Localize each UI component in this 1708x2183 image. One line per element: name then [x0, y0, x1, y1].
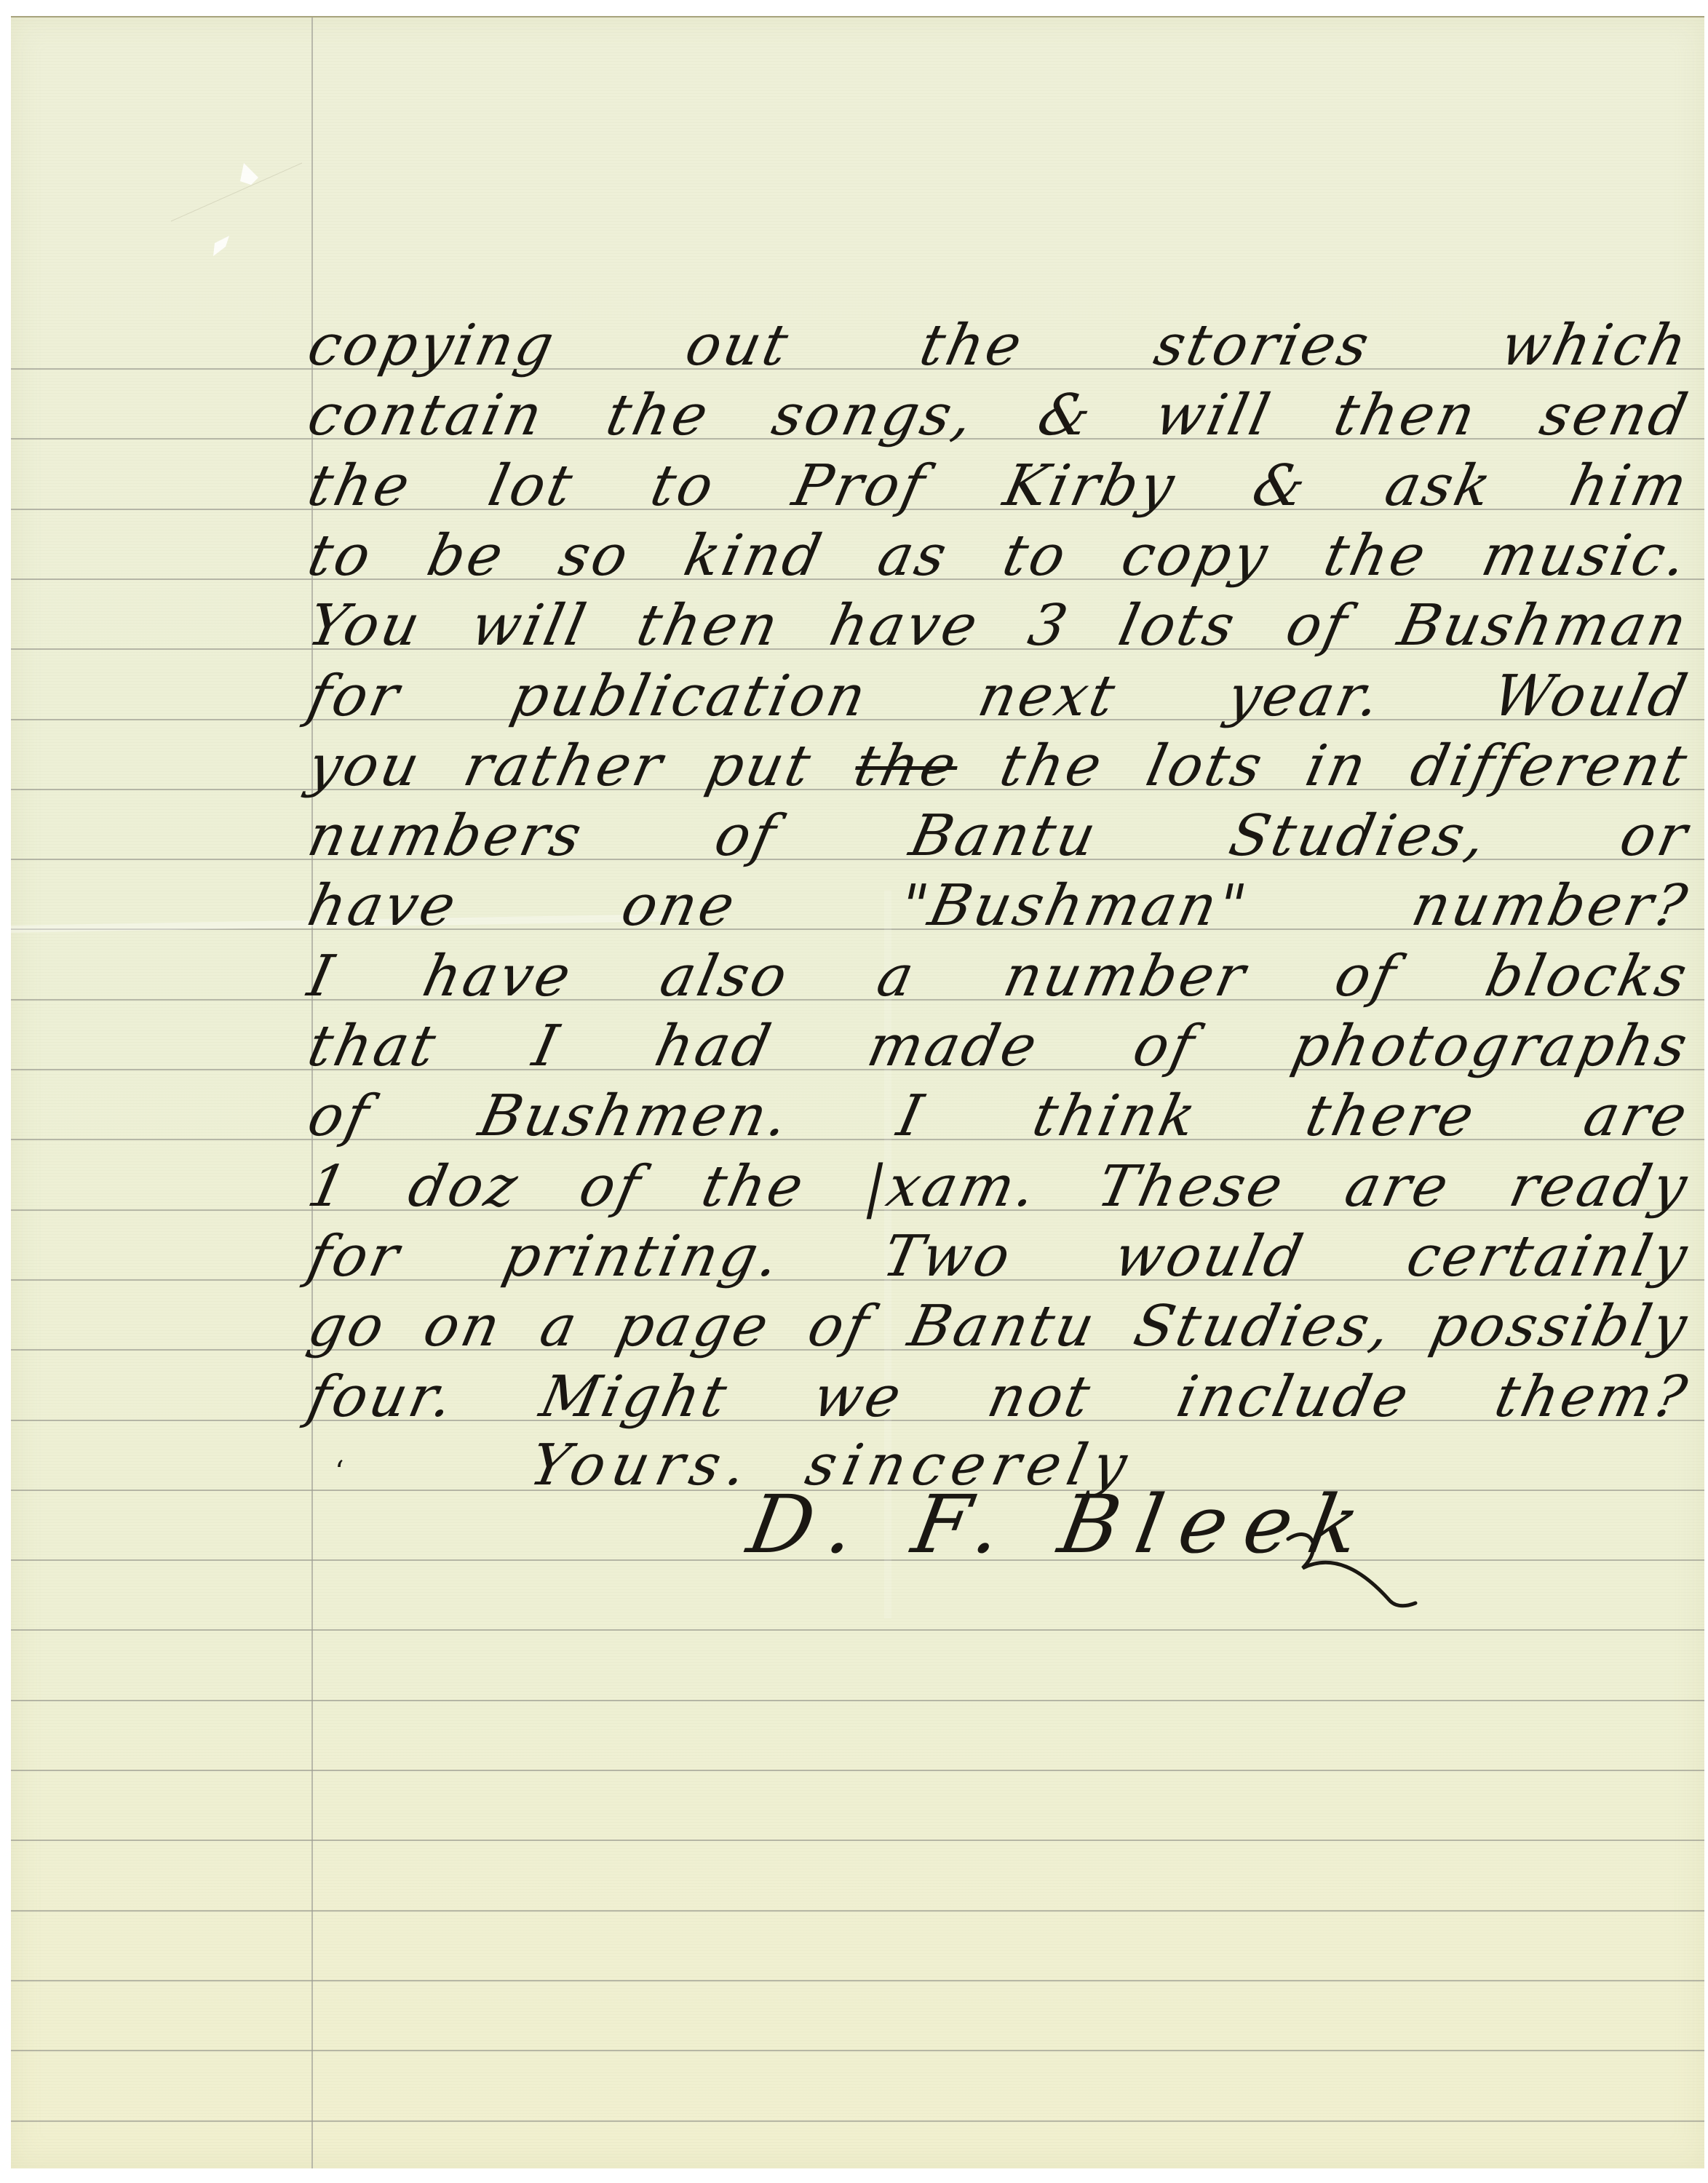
ruled-line — [11, 1700, 1704, 1701]
word: of — [1330, 948, 1403, 1005]
word: are — [1340, 1158, 1455, 1215]
word: you — [303, 738, 427, 795]
letter-line: thatIhadmadeofphotographs — [309, 1005, 1688, 1075]
word: send — [1535, 387, 1694, 444]
word: rather — [458, 738, 669, 795]
word: for — [303, 668, 407, 725]
word: Two — [878, 1228, 1018, 1285]
word: photographs — [1287, 1018, 1694, 1075]
word: of — [803, 1298, 875, 1355]
word: that — [303, 1018, 443, 1075]
letter-line: 1dozofthe|xam.Theseareready — [309, 1145, 1688, 1215]
word: to — [998, 528, 1073, 584]
word: of — [710, 808, 783, 864]
ruled-line — [11, 1840, 1704, 1841]
word: copy — [1117, 528, 1275, 584]
word: Bushmen. — [474, 1088, 795, 1145]
word: also — [656, 948, 795, 1005]
letter-line: forpublicationnextyear.Would — [309, 655, 1688, 725]
word: them? — [1490, 1369, 1694, 1425]
word: a — [536, 1298, 584, 1355]
word: different — [1406, 738, 1694, 795]
letter-line: haveone"Bushman"number? — [309, 864, 1688, 934]
word: publication — [507, 668, 873, 725]
ruled-line — [11, 1629, 1704, 1631]
letter-line: goonapageofBantuStudies,possibly — [309, 1285, 1688, 1355]
letter-line: forprinting.Twowouldcertainly — [309, 1215, 1688, 1285]
word: have — [303, 878, 464, 934]
word: copying — [303, 317, 561, 374]
word: had — [650, 1018, 777, 1075]
word: Studies, — [1129, 1298, 1398, 1355]
word: would — [1110, 1228, 1310, 1285]
word: of — [1129, 1018, 1201, 1075]
word: the — [915, 317, 1029, 374]
word: possibly — [1426, 1298, 1694, 1355]
word: ready — [1505, 1158, 1695, 1215]
word: then — [632, 597, 786, 654]
letter-line: four.Mightwenotincludethem? — [309, 1356, 1688, 1425]
word: I — [303, 948, 341, 1005]
letter-line: ofBushmen.Ithinkthereare — [309, 1075, 1688, 1145]
letter-line: copyingoutthestorieswhich — [309, 304, 1688, 374]
word: of — [303, 1088, 376, 1145]
word: we — [809, 1369, 909, 1425]
word: the — [602, 387, 715, 444]
word: to — [303, 528, 378, 584]
word: "Bushman" — [895, 878, 1254, 934]
word: number? — [1407, 878, 1694, 934]
word: as — [873, 528, 954, 584]
letter-line: containthesongs,&willthensend — [309, 374, 1688, 444]
word: four. — [303, 1369, 461, 1425]
letter-line: tobesokindastocopythemusic. — [309, 514, 1688, 584]
ink-mark: ʻ — [335, 1455, 344, 1489]
word: go — [303, 1298, 392, 1355]
word: a — [873, 948, 921, 1005]
word: or — [1615, 808, 1694, 864]
word: Bantu — [904, 1298, 1102, 1355]
word: of — [574, 1158, 647, 1215]
ruled-line — [11, 1980, 1704, 1981]
word: then — [1330, 387, 1483, 444]
word: him — [1565, 458, 1694, 514]
word: Kirby — [998, 458, 1181, 514]
word: not — [983, 1369, 1097, 1425]
word: are — [1579, 1088, 1695, 1145]
signature-flourish — [1281, 1524, 1441, 1612]
word: |xam. — [860, 1158, 1044, 1215]
word: songs, — [768, 387, 981, 444]
word: for — [303, 1228, 407, 1285]
word: put — [702, 738, 818, 795]
word: certainly — [1402, 1228, 1695, 1285]
ruled-line — [11, 1910, 1704, 1912]
word: I — [893, 1088, 930, 1145]
word: page — [611, 1298, 775, 1355]
closing-word-yours: Yours. — [525, 1437, 759, 1494]
word: the — [850, 738, 964, 795]
word: These — [1093, 1158, 1290, 1215]
word: stories — [1149, 317, 1375, 374]
word: lots — [1141, 738, 1269, 795]
word: in — [1301, 738, 1374, 795]
word: Bushman — [1394, 597, 1694, 654]
word: of — [1282, 597, 1354, 654]
word: will — [466, 597, 593, 654]
word: include — [1172, 1369, 1416, 1425]
word: kind — [680, 528, 829, 584]
word: contain — [303, 387, 550, 444]
word: the — [303, 458, 417, 514]
word: the — [697, 1158, 811, 1215]
word: number — [999, 948, 1252, 1005]
word: year. — [1223, 668, 1388, 725]
letter-line: youratherputthethelotsindifferent — [309, 725, 1688, 795]
ruled-line — [11, 1770, 1704, 1771]
word: will — [1151, 387, 1277, 444]
word: on — [419, 1298, 508, 1355]
word: one — [616, 878, 742, 934]
word: be — [422, 528, 510, 584]
word: You — [303, 597, 428, 654]
word: the — [996, 738, 1109, 795]
word: Bantu — [905, 808, 1103, 864]
word: Might — [535, 1369, 734, 1425]
letter-line: numbersofBantuStudies,or — [309, 795, 1688, 864]
ruled-line — [11, 2050, 1704, 2051]
word: have — [825, 597, 985, 654]
word: the — [1319, 528, 1433, 584]
word: there — [1301, 1088, 1482, 1145]
word: ask — [1381, 458, 1498, 514]
paper-tear-mark — [156, 134, 317, 279]
word: 1 — [303, 1158, 354, 1215]
word: have — [418, 948, 579, 1005]
letter-line: Youwillthenhave3lotsofBushman — [309, 584, 1688, 654]
word: printing. — [499, 1228, 787, 1285]
letter-line: thelottoProfKirby&askhim — [309, 445, 1688, 514]
word: made — [862, 1018, 1044, 1075]
word: so — [555, 528, 636, 584]
word: I — [528, 1018, 565, 1075]
ruled-line — [11, 2120, 1704, 2122]
word: music. — [1477, 528, 1694, 584]
word: blocks — [1481, 948, 1694, 1005]
word: numbers — [303, 808, 589, 864]
word: Would — [1488, 668, 1695, 725]
word: doz — [404, 1158, 525, 1215]
word: & — [1248, 458, 1314, 514]
word: & — [1033, 387, 1098, 444]
word: Prof — [788, 458, 932, 514]
word: next — [974, 668, 1122, 725]
word: Studies, — [1225, 808, 1493, 864]
word: to — [646, 458, 721, 514]
letter-line: Ihavealsoanumberofblocks — [309, 935, 1688, 1005]
word: lot — [484, 458, 580, 514]
word: lots — [1114, 597, 1242, 654]
word: think — [1028, 1088, 1204, 1145]
word: which — [1496, 317, 1694, 374]
word: out — [681, 317, 795, 374]
word: 3 — [1024, 597, 1075, 654]
